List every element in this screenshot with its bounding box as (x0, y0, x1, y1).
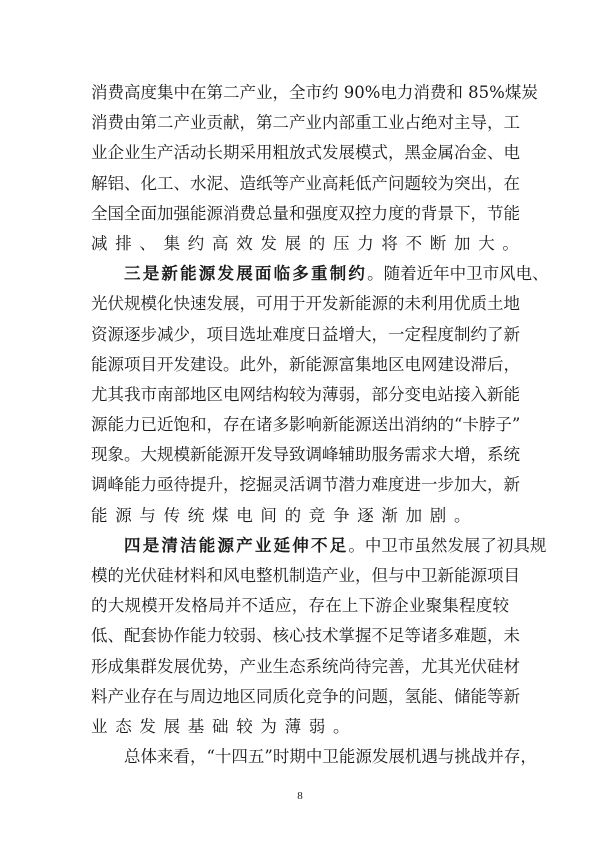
paragraph-heading-bold: 三是新能源发展面临多重制约 (124, 264, 367, 283)
text-line: 能源项目开发建设。此外，新能源富集地区电网建设滞后， (91, 350, 509, 380)
text-line: 全国全面加强能源消费总量和强度双控力度的背景下，节能 (91, 199, 509, 229)
text-line-last: 业态发展基础较为薄弱。 (91, 712, 509, 742)
paragraph-first-line: 总体来看，“十四五”时期中卫能源发展机遇与挑战并存， (91, 742, 509, 772)
paragraph-lead-rest: 。中卫市虽然发展了初具规 (348, 536, 546, 555)
text-line: 模的光伏硅材料和风电整机制造产业，但与中卫新能源项目 (91, 561, 509, 591)
paragraph-first-line: 三是新能源发展面临多重制约。随着近年中卫市风电、 (91, 259, 509, 289)
paragraph-lead-rest: 。随着近年中卫市风电、 (367, 264, 549, 283)
text-line: 源能力已近饱和，存在诸多影响新能源送出消纳的“卡脖子” (91, 410, 509, 440)
text-line: 光伏规模化快速发展，可用于开发新能源的未利用优质土地 (91, 289, 509, 319)
text-line: 尤其我市南部地区电网结构较为薄弱，部分变电站接入新能 (91, 380, 509, 410)
paragraph-first-line: 四是清洁能源产业延伸不足。中卫市虽然发展了初具规 (91, 531, 509, 561)
text-line: 调峰能力亟待提升，挖掘灵活调节潜力难度进一步加大，新 (91, 470, 509, 500)
text-line: 业企业生产活动长期采用粗放式发展模式，黑金属冶金、电 (91, 138, 509, 168)
text-line: 料产业存在与周边地区同质化竞争的问题，氢能、储能等新 (91, 682, 509, 712)
text-line: 的大规模开发格局并不适应，存在上下游企业聚集程度较 (91, 591, 509, 621)
text-line: 现象。大规模新能源开发导致调峰辅助服务需求大增，系统 (91, 440, 509, 470)
text-line: 解铝、化工、水泥、造纸等产业高耗低产问题较为突出，在 (91, 169, 509, 199)
text-line: 资源逐步减少，项目选址难度日益增大，一定程度制约了新 (91, 320, 509, 350)
text-line: 消费高度集中在第二产业，全市约 90%电力消费和 85%煤炭 (91, 78, 509, 108)
text-line-last: 减排、集约高效发展的压力将不断加大。 (91, 229, 509, 259)
text-line: 消费由第二产业贡献，第二产业内部重工业占绝对主导，工 (91, 108, 509, 138)
text-line: 形成集群发展优势，产业生态系统尚待完善，尤其光伏硅材 (91, 652, 509, 682)
text-line: 低、配套协作能力较弱、核心技术掌握不足等诸多难题，未 (91, 621, 509, 651)
body-text: 消费高度集中在第二产业，全市约 90%电力消费和 85%煤炭 消费由第二产业贡献… (91, 78, 509, 772)
paragraph-heading-bold: 四是清洁能源产业延伸不足 (124, 536, 348, 555)
page-number: 8 (0, 790, 600, 802)
document-page: 消费高度集中在第二产业，全市约 90%电力消费和 85%煤炭 消费由第二产业贡献… (0, 0, 600, 848)
text-line-last: 能源与传统煤电间的竞争逐渐加剧。 (91, 501, 509, 531)
